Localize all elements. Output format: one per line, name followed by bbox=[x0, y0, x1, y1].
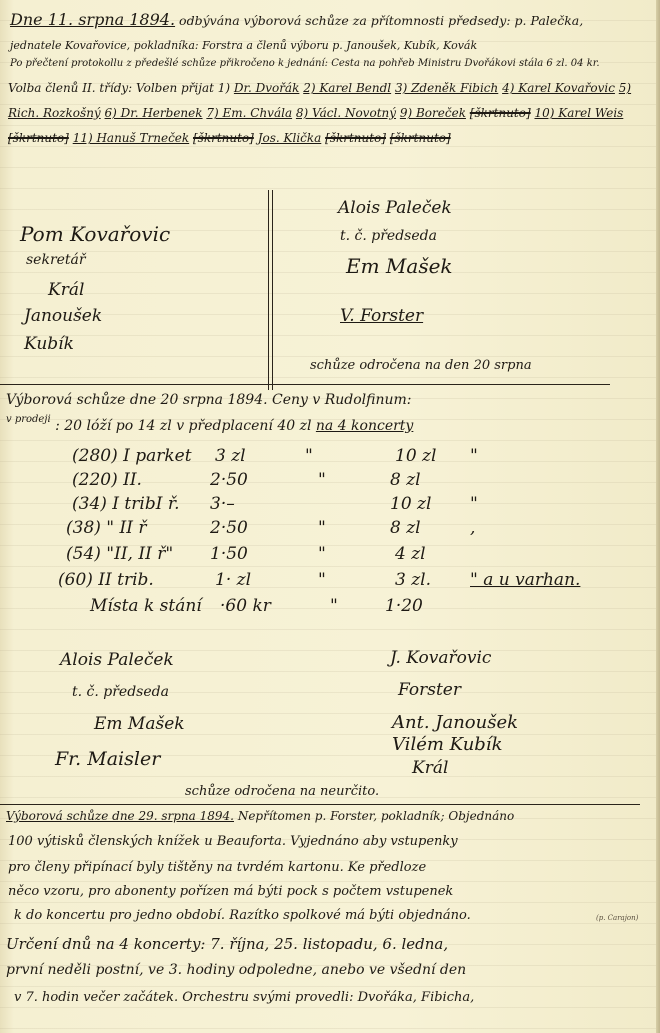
signature: Král bbox=[48, 280, 84, 300]
cell-subscription: 10 zl bbox=[390, 494, 431, 514]
section2-first-row: v prodeji : 20 lóží po 14 zl v předplace… bbox=[6, 418, 413, 436]
member: 7) Em. Chvála bbox=[206, 106, 292, 120]
member: 2) Karel Bendl bbox=[303, 81, 391, 95]
sales-prefix: v prodeji bbox=[6, 414, 51, 425]
boxes-label: v předplacení bbox=[176, 418, 273, 434]
signature: Pom Kovařovic bbox=[20, 222, 170, 246]
column-divider bbox=[268, 190, 269, 390]
signature: Em Mašek bbox=[94, 714, 185, 734]
cell-ditto: " bbox=[318, 518, 326, 538]
signature: Vilém Kubík bbox=[392, 734, 502, 755]
member-struck: [škrtnuto] bbox=[390, 131, 451, 145]
cell-subscription: 8 zl bbox=[390, 518, 421, 538]
member: 8) Václ. Novotný bbox=[296, 106, 396, 120]
cell-price: 1·50 bbox=[210, 544, 248, 564]
signature: Král bbox=[412, 758, 448, 778]
cell-mark: " bbox=[470, 446, 478, 466]
cell-mark: " a u varhan. bbox=[470, 570, 580, 590]
signature-title: t. č. předseda bbox=[340, 228, 437, 244]
cell-subscription: 4 zl bbox=[395, 544, 426, 564]
adjourned-note: schůze odročena na den 20 srpna bbox=[310, 358, 532, 374]
member-struck: [škrtnuto] bbox=[325, 131, 386, 145]
section3-line: k do koncertu pro jedno období. Razítko … bbox=[14, 908, 471, 924]
page-edge bbox=[656, 0, 660, 1033]
signature: J. Kovařovic bbox=[390, 648, 491, 668]
boxes-subscription: 40 zl bbox=[277, 418, 311, 434]
signature: Alois Paleček bbox=[60, 650, 174, 670]
cell-price: 3·– bbox=[210, 494, 235, 514]
cell-ditto: " bbox=[305, 446, 313, 466]
member-struck: [škrtnuto] bbox=[8, 131, 69, 145]
member-struck: [škrtnuto] bbox=[193, 131, 254, 145]
boxes-item: : 20 lóží po bbox=[55, 418, 133, 434]
section3-line: Určení dnů na 4 koncerty: 7. října, 25. … bbox=[6, 936, 448, 952]
section2-heading: Výborová schůze dne 20 srpna 1894. Ceny … bbox=[6, 392, 412, 408]
cell-seats: (280) I parket bbox=[72, 446, 192, 466]
signature: Kubík bbox=[24, 334, 74, 354]
signature-title: t. č. předseda bbox=[72, 684, 169, 700]
manuscript-page bbox=[0, 0, 660, 1033]
cell-price: 2·50 bbox=[210, 470, 248, 490]
signature: Em Mašek bbox=[346, 254, 453, 278]
cell-subscription: 1·20 bbox=[385, 596, 423, 616]
member: 11) Hanuš Trneček bbox=[73, 131, 189, 145]
member-struck: [škrtnuto] bbox=[470, 106, 531, 120]
members-prefix: Volba členů II. třídy: Volben přijat 1) bbox=[8, 81, 230, 95]
cell-ditto: " bbox=[330, 596, 338, 616]
margin-note: (p. Carajon) bbox=[596, 914, 638, 922]
member: 3) Zdeněk Fibich bbox=[395, 81, 498, 95]
section-divider bbox=[0, 384, 610, 385]
cell-seats: (38) " II ř bbox=[66, 518, 146, 538]
member: Dr. Dvořák bbox=[234, 81, 299, 95]
cell-seats: (220) II. bbox=[72, 470, 142, 490]
signature: Forster bbox=[398, 680, 461, 700]
boxes-note: na 4 koncerty bbox=[316, 418, 413, 434]
boxes-price: 14 zl bbox=[138, 418, 172, 434]
column-divider bbox=[272, 190, 273, 390]
member: Jos. Klička bbox=[258, 131, 322, 145]
cell-price: ·60 kr bbox=[220, 596, 271, 616]
section3-line: v 7. hodin večer začátek. Orchestru svým… bbox=[14, 990, 474, 1006]
member: 9) Boreček bbox=[400, 106, 466, 120]
signature: Fr. Maisler bbox=[55, 748, 160, 770]
section1-heading: Dne 11. srpna 1894. bbox=[10, 10, 175, 29]
section3-line: první neděli postní, ve 3. hodiny odpole… bbox=[6, 962, 466, 978]
section1-line3: Po přečtení protokollu z předešlé schůze… bbox=[10, 56, 600, 72]
section-divider bbox=[0, 804, 640, 805]
signature: Ant. Janoušek bbox=[392, 712, 518, 733]
cell-price: 3 zl bbox=[215, 446, 246, 466]
cell-seats: (54) "II, II ř" bbox=[66, 544, 173, 564]
section3-text: Nepřítomen p. Forster, pokladník; Objedn… bbox=[238, 809, 514, 823]
member: 4) Karel Kovařovic bbox=[502, 81, 615, 95]
cell-mark: , bbox=[470, 518, 475, 538]
section3-line: něco vzoru, pro abonenty pořízen má býti… bbox=[8, 884, 453, 900]
adjourned-note: schůze odročena na neurčito. bbox=[185, 784, 379, 800]
cell-price: 1· zl bbox=[215, 570, 251, 590]
member: 6) Dr. Herbenek bbox=[105, 106, 203, 120]
section1-line2: jednatele Kovařovice, pokladníka: Forstr… bbox=[10, 38, 477, 54]
cell-subscription: 10 zl bbox=[395, 446, 436, 466]
section1-line1: odbývána výborová schůze za přítomnosti … bbox=[179, 13, 583, 28]
signature: Janoušek bbox=[24, 306, 102, 326]
member: 10) Karel Weis bbox=[534, 106, 623, 120]
signature: V. Forster bbox=[340, 306, 423, 326]
cell-seats: (60) II trib. bbox=[58, 570, 154, 590]
section3-heading: Výborová schůze dne 29. srpna 1894. bbox=[6, 809, 234, 823]
cell-price: 2·50 bbox=[210, 518, 248, 538]
cell-subscription: 8 zl bbox=[390, 470, 421, 490]
cell-subscription: 3 zl. bbox=[395, 570, 431, 590]
section3-line: pro členy připínací byly tištěny na tvrd… bbox=[8, 860, 426, 876]
section3-line: 100 výtisků členských knížek u Beaufortа… bbox=[8, 834, 458, 850]
cell-ditto: " bbox=[318, 544, 326, 564]
cell-ditto: " bbox=[318, 470, 326, 490]
cell-seats: Místa k stání bbox=[90, 596, 202, 616]
cell-ditto: " bbox=[318, 570, 326, 590]
signature: Alois Paleček bbox=[338, 198, 452, 218]
signature-title: sekretář bbox=[26, 252, 86, 268]
cell-mark: " bbox=[470, 494, 478, 514]
section1-members-list: Volba členů II. třídy: Volben přijat 1) … bbox=[8, 76, 648, 151]
cell-seats: (34) I tribI ř. bbox=[72, 494, 179, 514]
section1-heading-line: Dne 11. srpna 1894. odbývána výborová sc… bbox=[10, 12, 583, 29]
section3-line: Výborová schůze dne 29. srpna 1894. Nepř… bbox=[6, 808, 514, 824]
